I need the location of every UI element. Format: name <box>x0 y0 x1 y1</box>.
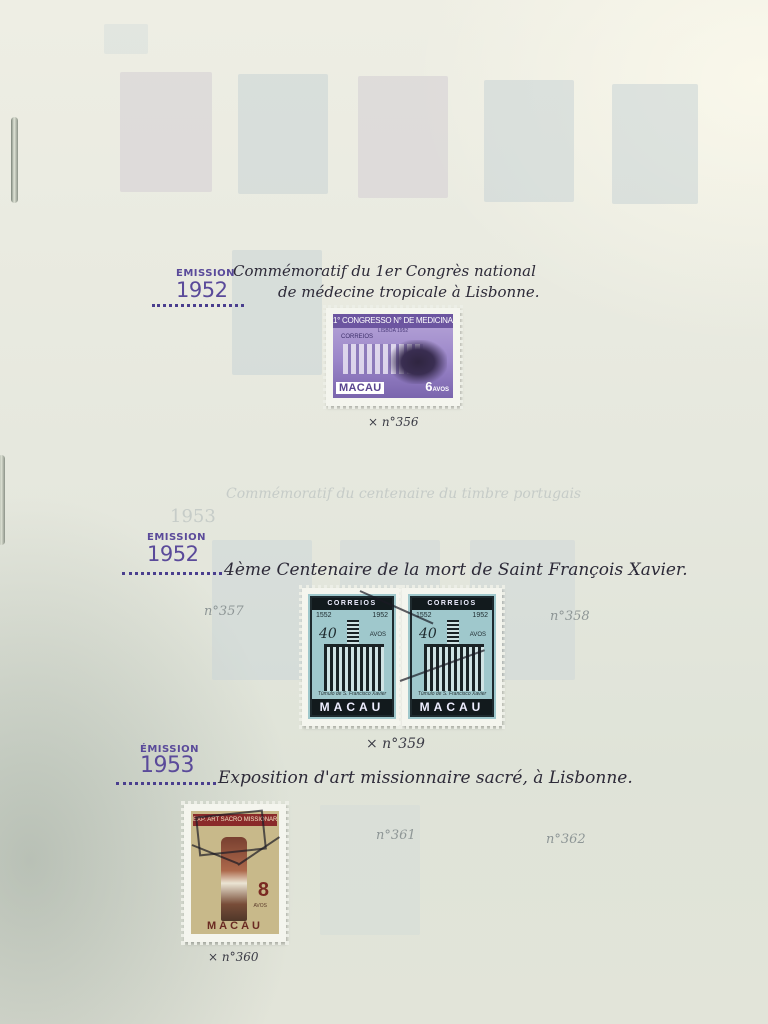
stamp-year-right: 1952 <box>472 612 488 619</box>
stamp-top-text: 1° CONGRESSO N° DE MEDICINA TROPICAL <box>333 314 453 328</box>
section-caption-line1: Commémoratif du 1er Congrès national <box>233 262 536 280</box>
stamp-design: EXP. ART SACRO MISSIONARIO 8 AVOS MACAU <box>191 811 279 934</box>
ghost-stamp <box>320 805 420 935</box>
postmark-icon <box>389 340 447 384</box>
stamp-correios: CORREIOS <box>341 334 373 340</box>
ghost-stamp <box>238 74 328 194</box>
binder-ring-bottom <box>0 455 5 545</box>
stamp-360[interactable]: EXP. ART SACRO MISSIONARIO 8 AVOS MACAU <box>184 804 286 942</box>
side-number-362: n°362 <box>546 832 586 847</box>
catalog-number-359: × n°359 <box>366 736 425 752</box>
ghost-year-badge <box>104 24 148 54</box>
emission-stamp-1952-a: EMISSION 1952 <box>176 268 235 301</box>
emission-year: 1952 <box>176 279 235 301</box>
ghost-heading: Commémoratif du centenaire du timbre por… <box>226 486 581 502</box>
emission-stamp-1952-b: EMISSION 1952 <box>147 532 206 565</box>
stamp-value: 8 <box>258 879 269 902</box>
stamp-value: 40 <box>419 626 437 642</box>
ghost-stamp <box>358 76 448 198</box>
stamp-country: MACAU <box>412 699 492 715</box>
stamp-year-right: 1952 <box>372 612 388 619</box>
stamp-356[interactable]: 1° CONGRESSO N° DE MEDICINA TROPICAL LIS… <box>326 308 460 406</box>
emission-stamp-1953: ÉMISSION 1953 <box>140 744 199 777</box>
dotted-leader <box>116 782 216 785</box>
stamp-year-left: 1552 <box>316 612 332 619</box>
emission-year: 1952 <box>147 543 206 565</box>
church-tower-icon <box>347 620 359 646</box>
stamp-unit: AVOS <box>253 903 267 909</box>
side-number-358: n°358 <box>550 609 590 624</box>
stamp-design: CORREIOS 1552 1952 40 AVOS Túmulo de S. … <box>308 594 396 719</box>
dotted-leader <box>152 304 244 307</box>
stamp-script: Túmulo de S. Francisco Xavier <box>310 691 394 697</box>
catalog-number-356: × n°356 <box>368 415 419 429</box>
stamp-country: MACAU <box>312 699 392 715</box>
section-caption-line2: de médecine tropicale à Lisbonne. <box>278 283 540 301</box>
stamp-359-right[interactable]: CORREIOS 1552 1952 40 AVOS Túmulo de S. … <box>402 588 502 726</box>
stamp-design: 1° CONGRESSO N° DE MEDICINA TROPICAL LIS… <box>333 314 453 398</box>
stamp-359-left[interactable]: CORREIOS 1552 1952 40 AVOS Túmulo de S. … <box>302 588 402 726</box>
ghost-year: 1953 <box>170 506 216 527</box>
stamp-unit: AVOS <box>370 632 386 638</box>
side-number-361: n°361 <box>376 828 416 843</box>
church-tower-icon <box>447 620 459 646</box>
tomb-icon <box>324 644 384 691</box>
stamp-value: 40 <box>319 626 337 642</box>
stamp-design: CORREIOS 1552 1952 40 AVOS Túmulo de S. … <box>408 594 496 719</box>
stamp-unit: AVOS <box>470 632 486 638</box>
section-caption: 4ème Centenaire de la mort de Saint Fran… <box>224 560 688 580</box>
side-number-357: n°357 <box>204 604 244 619</box>
stamp-value: 6AVOS <box>425 379 449 394</box>
ghost-stamp <box>120 72 212 192</box>
stamp-country: MACAU <box>191 920 279 932</box>
emission-year: 1953 <box>140 755 199 777</box>
dotted-leader <box>122 572 222 575</box>
catalog-number-360: × n°360 <box>208 950 259 964</box>
stamp-script: Túmulo de S. Francisco Xavier <box>410 691 494 697</box>
stamp-country: MACAU <box>336 382 384 394</box>
ghost-stamp <box>612 84 698 204</box>
ghost-stamp <box>484 80 574 202</box>
stamp-top-text: CORREIOS <box>412 598 492 610</box>
binder-ring-top <box>11 117 18 203</box>
section-caption: Exposition d'art missionnaire sacré, à L… <box>218 768 633 788</box>
